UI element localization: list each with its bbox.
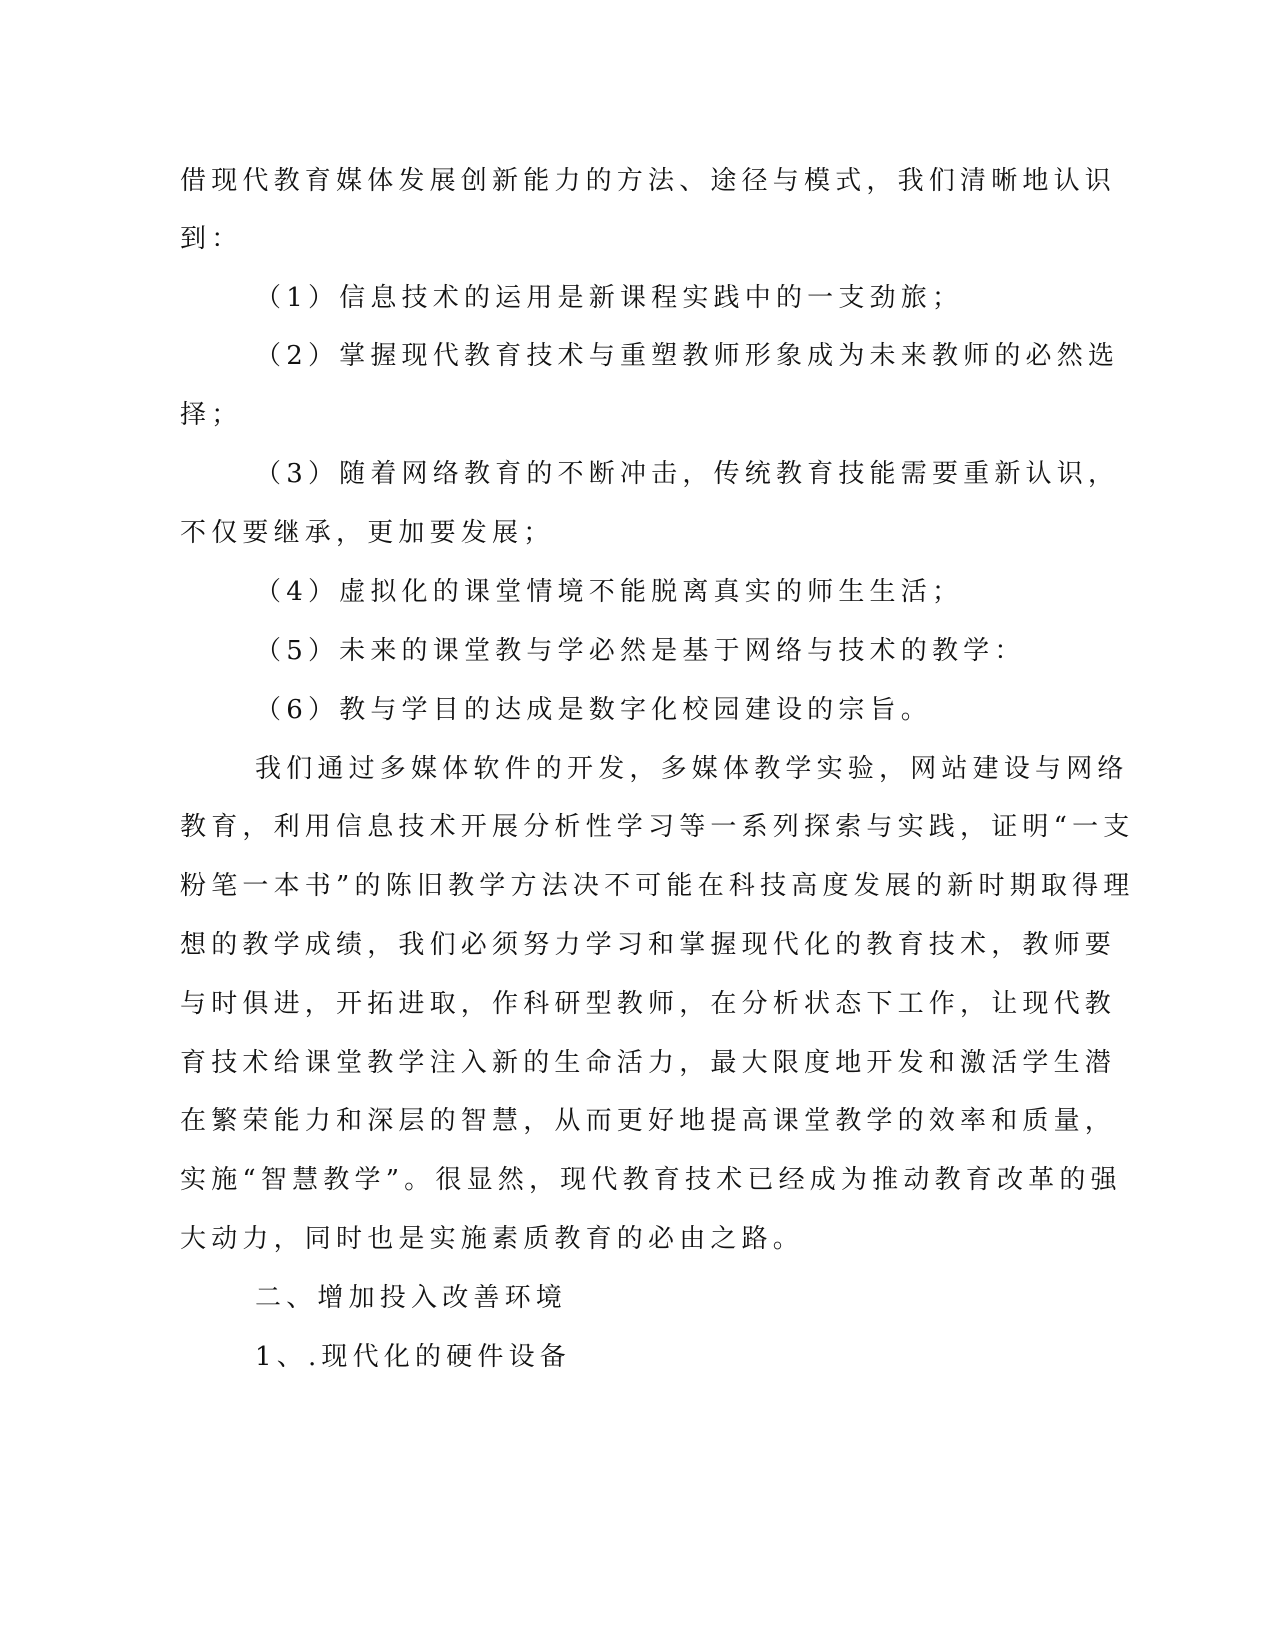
list-item-3: （3）随着网络教育的不断冲击，传统教育技能需要重新认识， — [255, 459, 1119, 489]
paragraph-line: 大动力，同时也是实施素质教育的必由之路。 — [180, 1224, 804, 1254]
paragraph-line: 育技术给课堂教学注入新的生命活力，最大限度地开发和激活学生潜 — [180, 1048, 1116, 1078]
body-text-line: 借现代教育媒体发展创新能力的方法、途径与模式，我们清晰地认识 — [180, 166, 1116, 196]
paragraph-line: 粉笔一本书”的陈旧教学方法决不可能在科技高度发展的新时期取得理 — [180, 871, 1135, 901]
list-item-4: （4）虚拟化的课堂情境不能脱离真实的师生生活； — [255, 577, 963, 607]
list-item-2: （2）掌握现代教育技术与重塑教师形象成为未来教师的必然选 — [255, 341, 1119, 371]
list-item-5: （5）未来的课堂教与学必然是基于网络与技术的教学： — [255, 636, 1026, 666]
paragraph-line: 我们通过多媒体软件的开发，多媒体教学实验，网站建设与网络 — [255, 754, 1129, 784]
document-page: 借现代教育媒体发展创新能力的方法、途径与模式，我们清晰地认识 到： （1）信息技… — [0, 0, 1275, 1650]
paragraph-line: 想的教学成绩，我们必须努力学习和掌握现代化的教育技术，教师要 — [180, 930, 1116, 960]
paragraph-line: 在繁荣能力和深层的智慧，从而更好地提高课堂教学的效率和质量， — [180, 1106, 1116, 1136]
list-item-3-continuation: 不仅要继承，更加要发展； — [180, 518, 554, 548]
paragraph-line: 教育，利用信息技术开展分析性学习等一系列探索与实践，证明“一支 — [180, 812, 1135, 842]
paragraph-line: 实施“智慧教学”。很显然，现代教育技术已经成为推动教育改革的强 — [180, 1165, 1122, 1195]
section-heading: 二、增加投入改善环境 — [255, 1283, 567, 1313]
list-item-1: （1）信息技术的运用是新课程实践中的一支劲旅； — [255, 283, 963, 313]
paragraph-line: 与时俱进，开拓进取，作科研型教师，在分析状态下工作，让现代教 — [180, 989, 1116, 1019]
body-text-line: 到： — [180, 224, 242, 254]
list-item-6: （6）教与学目的达成是数字化校园建设的宗旨。 — [255, 695, 932, 725]
list-item-2-continuation: 择； — [180, 400, 242, 430]
subsection-heading: 1、.现代化的硬件设备 — [255, 1342, 571, 1372]
